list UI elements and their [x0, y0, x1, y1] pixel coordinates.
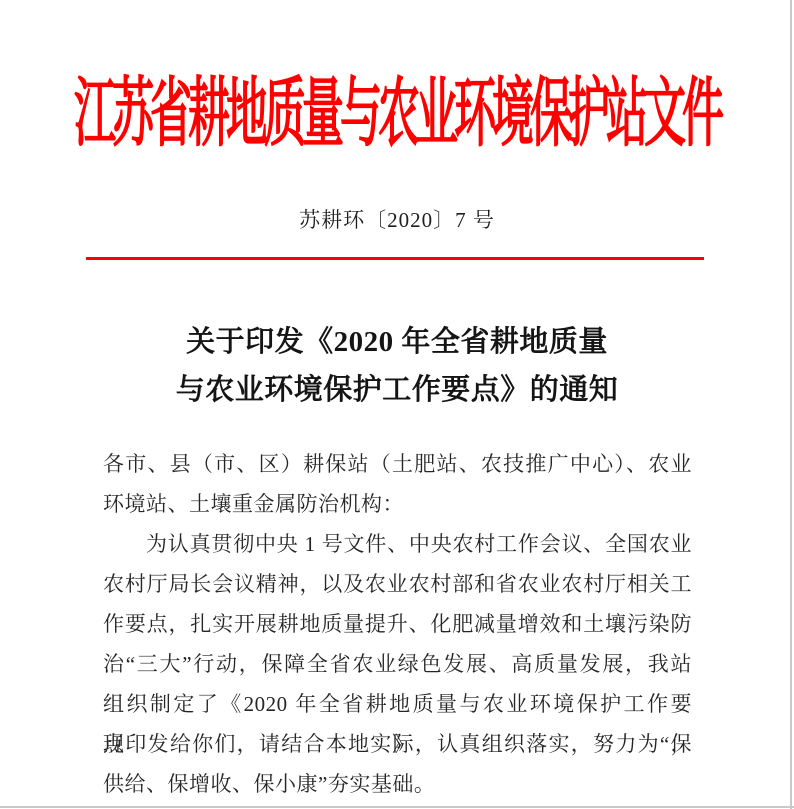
body-line: 环境站、土壤重金属防治机构：	[103, 484, 692, 524]
body-line: 作要点，扎实开展耕地质量提升、化肥减量增效和土壤污染防	[103, 604, 692, 644]
scan-edge-right	[790, 0, 792, 809]
notice-title-line2: 与农业环境保护工作要点》的通知	[0, 366, 794, 414]
body-line: 组织制定了《2020 年全省耕地质量与农业环境保护工作要点》，	[103, 684, 692, 724]
scan-edge-bottom	[0, 806, 794, 808]
body-line: 为认真贯彻中央 1 号文件、中央农村工作会议、全国农业	[103, 524, 692, 564]
agency-title: 江苏省耕地质量与农业环境保护站文件	[74, 78, 720, 154]
body-line: 治“三大”行动，保障全省农业绿色发展、高质量发展，我站	[103, 644, 692, 684]
body-line: 供给、保增收、保小康”夯实基础。	[103, 764, 692, 804]
notice-title: 关于印发《2020 年全省耕地质量 与农业环境保护工作要点》的通知	[0, 318, 794, 414]
red-divider-rule	[86, 257, 704, 260]
document-number: 苏耕环〔2020〕7 号	[0, 208, 794, 232]
body-line: 现印发给你们，请结合本地实际，认真组织落实，努力为“保	[103, 724, 692, 764]
notice-title-line1: 关于印发《2020 年全省耕地质量	[0, 318, 794, 366]
notice-body: 各市、县（市、区）耕保站（土肥站、农技推广中心）、农业 环境站、土壤重金属防治机…	[103, 444, 692, 804]
body-line: 各市、县（市、区）耕保站（土肥站、农技推广中心）、农业	[103, 444, 692, 484]
body-line: 农村厅局长会议精神，以及农业农村部和省农业农村厅相关工	[103, 564, 692, 604]
document-page: 江苏省耕地质量与农业环境保护站文件 苏耕环〔2020〕7 号 关于印发《2020…	[0, 0, 794, 809]
red-header-banner: 江苏省耕地质量与农业环境保护站文件	[0, 78, 794, 120]
